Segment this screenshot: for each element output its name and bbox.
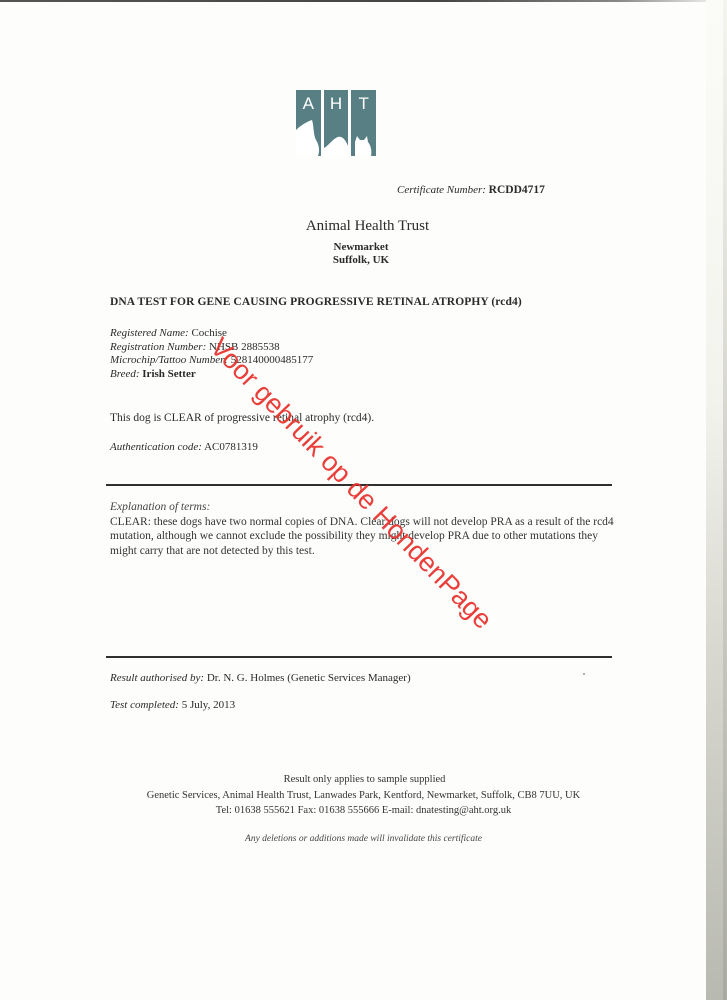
result-authorised-by: Result authorised by: Dr. N. G. Holmes (… [110, 672, 411, 684]
field-breed: Breed: Irish Setter [110, 368, 313, 382]
divider [106, 656, 612, 658]
scan-top-edge [0, 0, 727, 2]
cat-icon [351, 132, 376, 156]
organization-name: Animal Health Trust [0, 218, 727, 235]
authentication-label: Authentication code: [110, 441, 202, 453]
field-label: Registered Name: [110, 327, 189, 339]
location-line-1: Newmarket [330, 241, 392, 254]
footer-validity-note: Any deletions or additions made will inv… [0, 834, 727, 844]
field-microchip: Microchip/Tattoo Number: 528140000485177 [110, 354, 313, 368]
location-line-2: Suffolk, UK [330, 254, 392, 267]
authorised-value: Dr. N. G. Holmes (Genetic Services Manag… [207, 672, 411, 684]
footer-address: Genetic Services, Animal Health Trust, L… [0, 788, 727, 804]
field-label: Breed: [110, 368, 140, 380]
organization-location: Newmarket Suffolk, UK [330, 241, 392, 267]
field-registered-name: Registered Name: Cochise [110, 327, 313, 341]
field-label: Registration Number: [110, 341, 206, 353]
logo-letter: H [330, 94, 342, 113]
scan-speck [583, 673, 585, 675]
authentication-value: AC0781319 [204, 441, 258, 453]
completed-label: Test completed: [110, 699, 179, 711]
scan-right-edge [706, 0, 727, 1000]
certificate-number: Certificate Number: RCDD4717 [397, 184, 545, 196]
field-label: Microchip/Tattoo Number: [110, 354, 228, 366]
result-statement: This dog is CLEAR of progressive retinal… [110, 412, 374, 424]
aht-logo: A H T [296, 90, 376, 156]
field-value: Irish Setter [142, 368, 195, 380]
logo-panel-a: A [296, 90, 321, 156]
field-value: Cochise [191, 327, 226, 339]
explanation-label: Explanation of terms: [110, 500, 614, 515]
footer-contact: Tel: 01638 555621 Fax: 01638 555666 E-ma… [0, 803, 727, 819]
dog-icon [324, 126, 349, 156]
authentication-code: Authentication code: AC0781319 [110, 441, 258, 453]
field-value: 528140000485177 [231, 354, 314, 366]
document-heading: DNA TEST FOR GENE CAUSING PROGRESSIVE RE… [110, 296, 522, 308]
explanation-text: CLEAR: these dogs have two normal copies… [110, 516, 614, 557]
completed-value: 5 July, 2013 [182, 699, 235, 711]
explanation-of-terms: Explanation of terms: CLEAR: these dogs … [110, 500, 614, 558]
dog-details: Registered Name: Cochise Registration Nu… [110, 327, 313, 381]
organization-name-text: Animal Health Trust [306, 218, 429, 235]
certificate-number-label: Certificate Number: [397, 184, 486, 196]
logo-letter: T [358, 94, 368, 113]
certificate-number-value: RCDD4717 [489, 184, 545, 196]
authorised-label: Result authorised by: [110, 672, 204, 684]
logo-panel-h: H [324, 90, 349, 156]
footer: Result only applies to sample supplied G… [0, 772, 727, 819]
footer-disclaimer: Result only applies to sample supplied [0, 772, 727, 788]
logo-letter: A [303, 94, 314, 113]
field-registration-number: Registration Number: NHSB 2885538 [110, 341, 313, 355]
divider [106, 484, 612, 486]
horse-icon [296, 112, 321, 156]
field-value: NHSB 2885538 [209, 341, 280, 353]
test-completed: Test completed: 5 July, 2013 [110, 699, 235, 711]
logo-panel-t: T [351, 90, 376, 156]
